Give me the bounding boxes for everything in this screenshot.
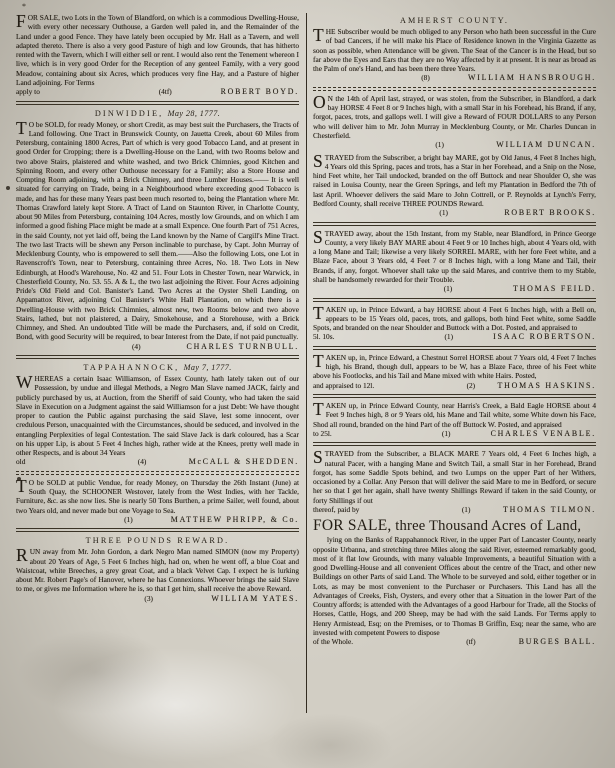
signature-name: McCALL & SHEDDEN. bbox=[189, 457, 299, 468]
reward-heading-text: THREE POUNDS REWARD. bbox=[86, 536, 230, 545]
signature-name: THOMAS TILMON. bbox=[503, 505, 596, 516]
ad-county-heading: AMHERST COUNTY. bbox=[313, 15, 596, 26]
ref-mark: (1) bbox=[435, 140, 444, 151]
dateline-date: May 28, 1777. bbox=[168, 109, 221, 118]
newspaper-page: * FOR SALE, two Lots in the Town of Blan… bbox=[0, 0, 615, 768]
rule-divider bbox=[16, 101, 299, 105]
signature-name: ISAAC ROBERTSON. bbox=[493, 332, 596, 343]
rule-divider bbox=[313, 394, 596, 398]
sig-left-text: of the Whole. bbox=[313, 637, 353, 648]
ad-strayed-black-mare: STRAYED from the Subscriber, a BLACK MAR… bbox=[313, 449, 596, 515]
ad-forsale-blandford-lots: FOR SALE, two Lots in the Town of Blandf… bbox=[16, 13, 299, 98]
dateline-place: TAPPAHANNOCK, bbox=[83, 363, 179, 372]
signature-name: ROBERT BOYD. bbox=[221, 87, 299, 98]
ad-body: WHEREAS a certain Isaac Williamson, of E… bbox=[16, 374, 299, 457]
ref-mark: (1) bbox=[442, 429, 451, 440]
ad-dinwiddie-land-sale: DINWIDDIE, May 28, 1777. TO be SOLD, for… bbox=[16, 108, 299, 353]
ref-mark: (4) bbox=[138, 457, 147, 468]
drop-cap: S bbox=[313, 449, 325, 466]
ad-signature-row: (4)CHARLES TURNBULL. bbox=[16, 342, 299, 353]
left-column: FOR SALE, two Lots in the Town of Blandf… bbox=[16, 13, 299, 713]
ad-strayed-horse-blandford: ON the 14th of April last, strayed, or w… bbox=[313, 94, 596, 151]
sig-left-text: thereof, paid by bbox=[313, 505, 359, 516]
ad-body: STRAYED from the Subscriber, a BLACK MAR… bbox=[313, 449, 596, 505]
ad-signature-row: and appraised to 12l.(2)THOMAS HASKINS. bbox=[313, 381, 596, 392]
ad-text: AKEN up, in Prince Edward, a bay HORSE a… bbox=[313, 305, 596, 333]
drop-cap: T bbox=[313, 27, 326, 44]
ad-tappahannock-caution: TAPPAHANNOCK, May 7, 1777. WHEREAS a cer… bbox=[16, 362, 299, 468]
drop-cap: T bbox=[313, 353, 326, 370]
ad-taken-up-bald-eagle-horse: TAKEN up, in Prince Edward County, near … bbox=[313, 401, 596, 439]
ad-text: UN away from Mr. John Gordon, a dark Neg… bbox=[16, 547, 299, 593]
ref-mark: (tf) bbox=[466, 637, 475, 648]
rule-divider bbox=[16, 528, 299, 532]
ad-signature-row: (3)WILLIAM YATES. bbox=[16, 594, 299, 605]
ad-signature-row: (1)ROBERT BROOKS. bbox=[313, 208, 596, 219]
ad-text: AKEN up, in, Prince Edward, a Chestnut S… bbox=[313, 353, 596, 381]
ref-mark: (2) bbox=[467, 381, 476, 392]
column-layout: FOR SALE, two Lots in the Town of Blandf… bbox=[0, 0, 615, 713]
sig-left-text: 5l. 10s. bbox=[313, 332, 334, 343]
county-heading-text: AMHERST COUNTY. bbox=[400, 16, 509, 25]
ad-text: TRAYED away, about the 15th Instant, fro… bbox=[313, 229, 596, 284]
ref-mark: (3) bbox=[144, 594, 153, 605]
ad-text: TRAYED from the Subscriber, a bright bay… bbox=[313, 153, 596, 208]
ad-three-pounds-reward: THREE POUNDS REWARD. RUN away from Mr. J… bbox=[16, 535, 299, 604]
ad-taken-up-bay-horse: TAKEN up, in Prince Edward, a bay HORSE … bbox=[313, 305, 596, 343]
rule-divider bbox=[313, 222, 596, 226]
signature-name: WILLIAM DUNCAN. bbox=[496, 140, 596, 151]
rule-divider bbox=[313, 87, 596, 91]
dateline-date: May 7, 1777. bbox=[184, 363, 232, 372]
ref-mark: (1) bbox=[444, 284, 453, 295]
ad-signature-row: (1)WILLIAM DUNCAN. bbox=[313, 140, 596, 151]
drop-cap: R bbox=[16, 547, 30, 564]
ad-strayed-bay-sorrel-mares: STRAYED away, about the 15th Instant, fr… bbox=[313, 229, 596, 295]
ref-mark: (1) bbox=[444, 332, 453, 343]
ad-body: FOR SALE, two Lots in the Town of Blandf… bbox=[16, 13, 299, 87]
ad-signature-row: old(4)McCALL & SHEDDEN. bbox=[16, 457, 299, 468]
ad-forsale-three-thousand-acres: FOR SALE, three Thousand Acres of Land, … bbox=[313, 517, 596, 647]
ad-text: TRAYED from the Subscriber, a BLACK MARE… bbox=[313, 449, 596, 504]
dateline-place: DINWIDDIE, bbox=[95, 109, 164, 118]
ad-body: TAKEN up, in Prince Edward County, near … bbox=[313, 401, 596, 429]
drop-cap: S bbox=[313, 153, 325, 170]
ad-dateline: DINWIDDIE, May 28, 1777. bbox=[16, 108, 299, 119]
ink-dot-icon bbox=[17, 477, 21, 481]
ad-signature-row: (1)THOMAS FEILD. bbox=[313, 284, 596, 295]
ad-body: STRAYED away, about the 15th Instant, fr… bbox=[313, 229, 596, 285]
drop-cap: T bbox=[313, 401, 326, 418]
ad-large-heading: FOR SALE, three Thousand Acres of Land, bbox=[313, 517, 596, 535]
ink-dot-icon bbox=[6, 186, 10, 190]
ref-mark: (1) bbox=[439, 208, 448, 219]
ad-body: lying on the Banks of Rappahannock River… bbox=[313, 535, 596, 637]
drop-cap: W bbox=[16, 374, 35, 391]
ad-text: N the 14th of April last, strayed, or wa… bbox=[313, 94, 596, 140]
signature-name: ROBERT BROOKS. bbox=[504, 208, 596, 219]
signature-name: THOMAS FEILD. bbox=[513, 284, 596, 295]
ad-text: AKEN up, in Prince Edward County, near H… bbox=[313, 401, 596, 429]
ad-body: RUN away from Mr. John Gordon, a dark Ne… bbox=[16, 547, 299, 593]
drop-cap: F bbox=[16, 13, 28, 30]
large-heading-rest: three Thousand Acres of Land, bbox=[391, 518, 581, 534]
ref-mark: (1) bbox=[462, 505, 471, 516]
ad-signature-row: (8)WILLIAM HANSBROUGH. bbox=[313, 73, 596, 84]
signature-name: MATTHEW PHRIPP, & Co. bbox=[171, 515, 299, 526]
rule-divider bbox=[313, 298, 596, 302]
ad-body: TO be SOLD at public Vendue, for ready M… bbox=[16, 478, 299, 515]
ad-signature-row: of the Whole.(tf)BURGES BALL. bbox=[313, 637, 596, 648]
ad-body: TAKEN up, in Prince Edward, a bay HORSE … bbox=[313, 305, 596, 333]
ad-text: OR SALE, two Lots in the Town of Blandfo… bbox=[16, 13, 299, 87]
ref-mark: (1) bbox=[124, 515, 133, 526]
ad-taken-up-chestnut-sorrel: TAKEN up, in, Prince Edward, a Chestnut … bbox=[313, 353, 596, 391]
drop-cap: T bbox=[313, 305, 326, 322]
ad-dateline: TAPPAHANNOCK, May 7, 1777. bbox=[16, 362, 299, 373]
ad-signature-row: apply to(4tf)ROBERT BOYD. bbox=[16, 87, 299, 98]
ad-reward-heading: THREE POUNDS REWARD. bbox=[16, 535, 299, 546]
ad-signature-row: 5l. 10s.(1)ISAAC ROBERTSON. bbox=[313, 332, 596, 343]
ad-body: THE Subscriber would be much obliged to … bbox=[313, 27, 596, 73]
ad-signature-row: to 25l.(1)CHARLES VENABLE. bbox=[313, 429, 596, 440]
large-heading-caps: FOR SALE, bbox=[313, 517, 391, 534]
ad-text: HE Subscriber would be much obliged to a… bbox=[313, 27, 596, 73]
signature-name: CHARLES TURNBULL. bbox=[187, 342, 299, 353]
ad-body: ON the 14th of April last, strayed, or w… bbox=[313, 94, 596, 140]
ref-mark: (4) bbox=[132, 342, 141, 353]
sig-left-text: and appraised to 12l. bbox=[313, 381, 374, 392]
right-column: AMHERST COUNTY. THE Subscriber would be … bbox=[313, 13, 596, 713]
rule-divider bbox=[313, 346, 596, 350]
ad-text: HEREAS a certain Isaac Williamson, of Es… bbox=[16, 374, 299, 457]
drop-cap: T bbox=[16, 120, 29, 137]
sig-left-text: apply to bbox=[16, 87, 40, 98]
ad-text: O be SOLD at public Vendue, for ready Mo… bbox=[16, 478, 299, 515]
ad-body: TAKEN up, in, Prince Edward, a Chestnut … bbox=[313, 353, 596, 381]
signature-name: CHARLES VENABLE. bbox=[491, 429, 596, 440]
ad-schooner-vendue: TO be SOLD at public Vendue, for ready M… bbox=[16, 478, 299, 526]
drop-cap: S bbox=[313, 229, 325, 246]
ad-amherst-cancer-cure: AMHERST COUNTY. THE Subscriber would be … bbox=[313, 15, 596, 84]
signature-name: BURGES BALL. bbox=[519, 637, 596, 648]
drop-cap: O bbox=[313, 94, 328, 111]
rule-divider bbox=[16, 471, 299, 475]
ref-mark: (8) bbox=[421, 73, 430, 84]
ad-text: lying on the Banks of Rappahannock River… bbox=[313, 535, 596, 637]
sig-left-text: to 25l. bbox=[313, 429, 332, 440]
ad-body: STRAYED from the Subscriber, a bright ba… bbox=[313, 153, 596, 209]
printers-mark-icon: * bbox=[22, 2, 26, 11]
ad-signature-row: thereof, paid by(1)THOMAS TILMON. bbox=[313, 505, 596, 516]
signature-name: WILLIAM YATES. bbox=[211, 594, 299, 605]
ad-body: TO be SOLD, for ready Money, or short Cr… bbox=[16, 120, 299, 342]
signature-name: WILLIAM HANSBROUGH. bbox=[468, 73, 596, 84]
ad-text: O be SOLD, for ready Money, or short Cre… bbox=[16, 120, 299, 342]
signature-name: THOMAS HASKINS. bbox=[498, 381, 596, 392]
sig-left-text: old bbox=[16, 457, 25, 468]
ad-strayed-bright-bay-mare: STRAYED from the Subscriber, a bright ba… bbox=[313, 153, 596, 219]
ad-signature-row: (1)MATTHEW PHRIPP, & Co. bbox=[16, 515, 299, 526]
ref-mark: (4tf) bbox=[159, 87, 172, 98]
rule-divider bbox=[313, 442, 596, 446]
rule-divider bbox=[16, 355, 299, 359]
column-rule bbox=[306, 13, 307, 713]
